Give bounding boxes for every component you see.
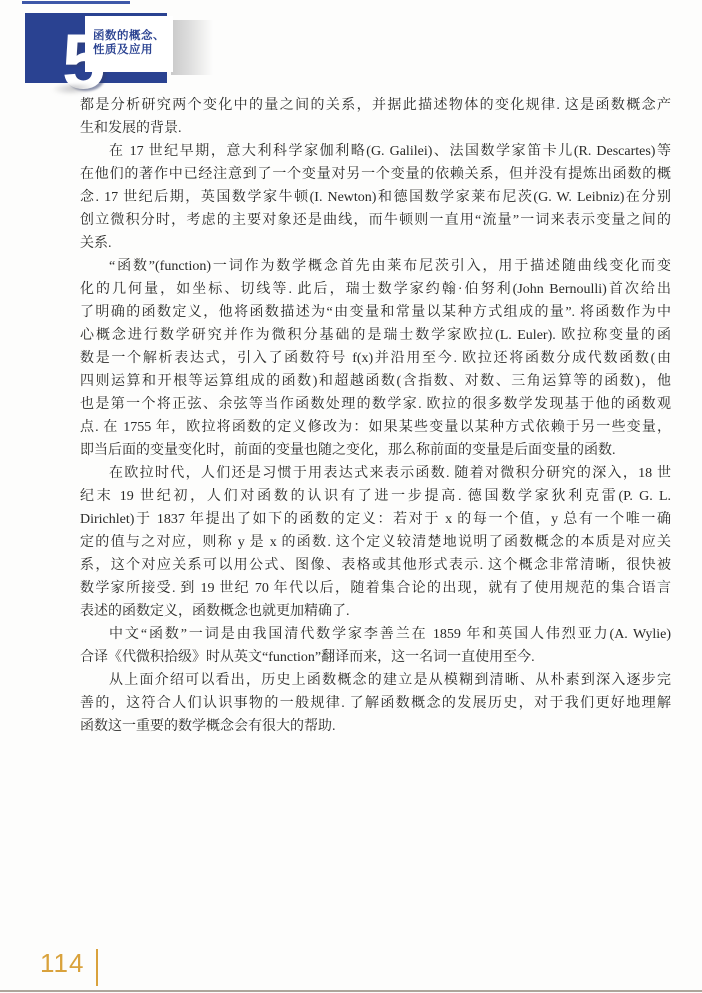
text-line: 生和发展的背景.: [80, 117, 671, 140]
text-line: 即当后面的变量变化时，前面的变量也随之变化，那么称前面的变量是后面变量的函数.: [80, 439, 671, 462]
text-line: 念. 17 世纪后期，英国数学家牛顿(I. Newton)和德国数学家莱布尼茨(…: [80, 186, 671, 209]
chapter-title-box: 函数的概念、 性质及应用: [85, 16, 173, 72]
text-line: 在他们的著作中已经注意到了一个变量对另一个变量的依赖关系，但并没有提炼出函数的概: [80, 163, 671, 186]
chapter-title-line2: 性质及应用: [93, 44, 173, 58]
page-bottom-edge: [0, 990, 702, 992]
text-line: 纪末 19 世纪初，人们对函数的认识有了进一步提高. 德国数学家狄利克雷(P. …: [80, 485, 671, 508]
top-accent-line: [22, 1, 130, 4]
text-line: 系，这个对应关系可以用公式、图像、表格或其他形式表示. 这个概念非常清晰，很快被: [80, 554, 671, 577]
page-number-divider: [96, 949, 98, 986]
text-line: 表述的函数定义，函数概念也就更加精确了.: [80, 600, 671, 623]
text-line: Dirichlet)于 1837 年提出了如下的函数的定义：若对于 x 的每一个…: [80, 508, 671, 531]
textbook-page: 5 函数的概念、 性质及应用 都是分析研究两个变化中的量之间的关系，并据此描述物…: [0, 0, 702, 993]
text-line: 化的几何量，如坐标、切线等. 此后，瑞士数学家约翰·伯努利(John Berno…: [80, 278, 671, 301]
text-line: 从上面介绍可以看出，历史上函数概念的建立是从模糊到清晰、从朴素到深入逐步完: [80, 669, 671, 692]
text-line: 关系.: [80, 232, 671, 255]
text-line: 合译《代微积拾级》时从英文“function”翻译而来，这一名词一直使用至今.: [80, 646, 671, 669]
text-line: “函数”(function)一词作为数学概念首先由莱布尼茨引入，用于描述随曲线变…: [80, 255, 671, 278]
text-line: 点. 在 1755 年，欧拉将函数的定义修改为：如果某些变量以某种方式依赖于另一…: [80, 416, 671, 439]
text-line: 在 17 世纪早期，意大利科学家伽利略(G. Galilei)、法国数学家笛卡儿…: [80, 140, 671, 163]
text-line: 了明确的函数定义，他将函数描述为“由变量和常量以某种方式组成的量”. 将函数作为…: [80, 301, 671, 324]
text-line: 中文“函数”一词是由我国清代数学家李善兰在 1859 年和英国人伟烈亚力(A. …: [80, 623, 671, 646]
text-line: 在欧拉时代，人们还是习惯于用表达式来表示函数. 随着对微积分研究的深入，18 世: [80, 462, 671, 485]
text-line: 函数这一重要的数学概念会有很大的帮助.: [80, 715, 671, 738]
chapter-box-shadow: [171, 20, 213, 75]
text-line: 也是第一个将正弦、余弦等当作函数处理的数学家. 欧拉的很多数学发现基于他的函数观: [80, 393, 671, 416]
page-number: 114: [40, 950, 84, 976]
text-line: 定的值与之对应，则称 y 是 x 的函数. 这个定义较清楚地说明了函数概念的本质…: [80, 531, 671, 554]
chapter-title-line1: 函数的概念、: [93, 30, 173, 44]
text-line: 创立微积分时，考虑的主要对象还是曲线，而牛顿则一直用“流量”一词来表示变量之间的: [80, 209, 671, 232]
text-line: 数学家所接受. 到 19 世纪 70 年代以后，随着集合论的出现，就有了使用规范…: [80, 577, 671, 600]
body-text: 都是分析研究两个变化中的量之间的关系，并据此描述物体的变化规律. 这是函数概念产…: [80, 94, 671, 738]
text-line: 数是一个解析表达式，引入了函数符号 f(x)并沿用至今. 欧拉还将函数分成代数函…: [80, 347, 671, 370]
text-line: 心概念进行数学研究并作为微积分基础的是瑞士数学家欧拉(L. Euler). 欧拉…: [80, 324, 671, 347]
text-line: 四则运算和开根等运算组成的函数)和超越函数(含指数、对数、三角运算等的函数)，他: [80, 370, 671, 393]
text-line: 善的，这符合人们认识事物的一般规律. 了解函数概念的发展历史，对于我们更好地理解: [80, 692, 671, 715]
text-line: 都是分析研究两个变化中的量之间的关系，并据此描述物体的变化规律. 这是函数概念产: [80, 94, 671, 117]
